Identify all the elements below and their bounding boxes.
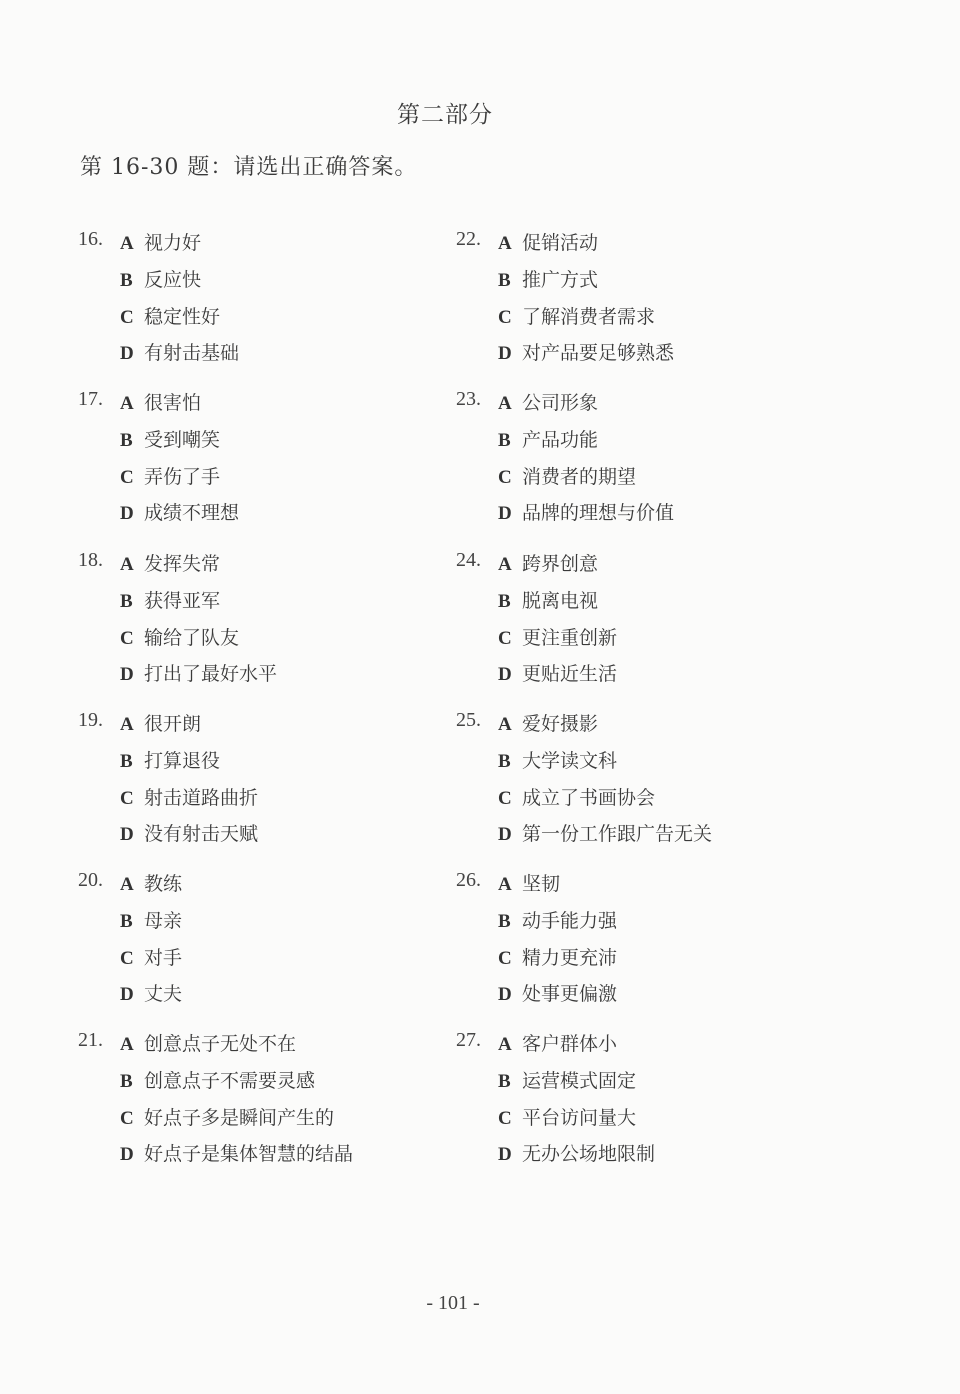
answer-option: B母亲 [120,906,182,936]
answer-option: A跨界创意 [498,549,598,579]
option-letter: C [120,948,144,970]
question-number: 24. [456,549,498,572]
option-letter: C [498,307,522,329]
answer-option: A发挥失常 [120,549,220,579]
answer-option: B脱离电视 [498,586,598,616]
option-text: 成绩不理想 [144,502,239,524]
answer-option: D无办公场地限制 [498,1139,655,1169]
answer-option: A很害怕 [120,388,201,418]
answer-option: A客户群体小 [498,1029,617,1059]
option-letter: D [120,1144,144,1166]
option-text: 客户群体小 [522,1033,617,1055]
option-letter: B [120,430,144,452]
option-text: 平台访问量大 [522,1107,636,1129]
answer-option: D好点子是集体智慧的结晶 [120,1139,353,1169]
option-text: 打出了最好水平 [144,663,277,685]
answer-option: C好点子多是瞬间产生的 [120,1103,334,1133]
option-letter: C [498,948,522,970]
question-number: 18. [78,549,120,572]
question-number: 17. [78,388,120,411]
question-item: 17.A很害怕B受到嘲笑C弄伤了手D成绩不理想 [78,388,498,548]
answer-option: B推广方式 [498,265,598,295]
option-text: 消费者的期望 [522,466,636,488]
answer-option: B运营模式固定 [498,1066,636,1096]
answer-option: C平台访问量大 [498,1103,636,1133]
option-letter: B [498,751,522,773]
answer-option: D没有射击天赋 [120,819,258,849]
option-letter: A [498,1034,522,1056]
option-letter: A [120,1034,144,1056]
answer-option: D处事更偏激 [498,979,617,1009]
question-number: 16. [78,228,120,251]
question-item: 23.A公司形象B产品功能C消费者的期望D品牌的理想与价值 [456,388,876,548]
option-letter: D [120,343,144,365]
option-text: 受到嘲笑 [144,429,220,451]
option-text: 射击道路曲折 [144,787,258,809]
option-letter: B [120,270,144,292]
answer-option: D成绩不理想 [120,498,239,528]
page-number: - 101 - [0,1292,906,1315]
option-letter: B [498,591,522,613]
option-text: 脱离电视 [522,590,598,612]
option-text: 爱好摄影 [522,713,598,735]
option-text: 有射击基础 [144,342,239,364]
option-text: 教练 [144,873,182,895]
option-text: 成立了书画协会 [522,787,655,809]
option-text: 了解消费者需求 [522,306,655,328]
answer-option: A视力好 [120,228,201,258]
answer-option: D丈夫 [120,979,182,1009]
option-text: 更注重创新 [522,627,617,649]
answer-option: A教练 [120,869,182,899]
option-text: 跨界创意 [522,553,598,575]
question-number: 25. [456,709,498,732]
question-number: 20. [78,869,120,892]
option-text: 母亲 [144,910,182,932]
option-text: 打算退役 [144,750,220,772]
option-text: 稳定性好 [144,306,220,328]
option-letter: B [120,591,144,613]
answer-option: D品牌的理想与价值 [498,498,674,528]
answer-option: B打算退役 [120,746,220,776]
question-item: 26.A坚韧B动手能力强C精力更充沛D处事更偏激 [456,869,876,1029]
answer-option: D第一份工作跟广告无关 [498,819,712,849]
option-letter: D [498,984,522,1006]
question-item: 18.A发挥失常B获得亚军C输给了队友D打出了最好水平 [78,549,498,709]
option-text: 公司形象 [522,392,598,414]
question-item: 21.A创意点子无处不在B创意点子不需要灵感C好点子多是瞬间产生的D好点子是集体… [78,1029,498,1189]
option-letter: A [498,233,522,255]
option-letter: A [498,554,522,576]
answer-option: B产品功能 [498,425,598,455]
question-number: 27. [456,1029,498,1052]
option-text: 精力更充沛 [522,947,617,969]
option-letter: A [120,714,144,736]
question-number: 23. [456,388,498,411]
question-number: 21. [78,1029,120,1052]
answer-option: B大学读文科 [498,746,617,776]
option-text: 产品功能 [522,429,598,451]
option-letter: C [120,1108,144,1130]
question-item: 19.A很开朗B打算退役C射击道路曲折D没有射击天赋 [78,709,498,869]
option-text: 对产品要足够熟悉 [522,342,674,364]
option-text: 丈夫 [144,983,182,1005]
option-text: 很开朗 [144,713,201,735]
option-letter: B [498,1071,522,1093]
question-item: 25.A爱好摄影B大学读文科C成立了书画协会D第一份工作跟广告无关 [456,709,876,869]
answer-option: C对手 [120,943,182,973]
option-text: 没有射击天赋 [144,823,258,845]
question-item: 24.A跨界创意B脱离电视C更注重创新D更贴近生活 [456,549,876,709]
answer-option: D更贴近生活 [498,659,617,689]
answer-option: C消费者的期望 [498,462,636,492]
answer-option: C精力更充沛 [498,943,617,973]
answer-option: B反应快 [120,265,201,295]
option-text: 推广方式 [522,269,598,291]
answer-option: D打出了最好水平 [120,659,277,689]
question-number: 19. [78,709,120,732]
option-letter: A [498,874,522,896]
option-text: 获得亚军 [144,590,220,612]
option-text: 无办公场地限制 [522,1143,655,1165]
option-text: 创意点子无处不在 [144,1033,296,1055]
option-text: 创意点子不需要灵感 [144,1070,315,1092]
answer-option: C稳定性好 [120,302,220,332]
answer-option: C了解消费者需求 [498,302,655,332]
answer-option: A坚韧 [498,869,560,899]
option-text: 更贴近生活 [522,663,617,685]
answer-option: A公司形象 [498,388,598,418]
question-item: 20.A教练B母亲C对手D丈夫 [78,869,498,1029]
option-text: 反应快 [144,269,201,291]
option-letter: A [120,554,144,576]
option-letter: D [120,984,144,1006]
question-number: 26. [456,869,498,892]
option-text: 视力好 [144,232,201,254]
option-letter: D [498,1144,522,1166]
option-letter: D [498,503,522,525]
option-letter: C [120,467,144,489]
option-text: 动手能力强 [522,910,617,932]
left-question-column: 16.A视力好B反应快C稳定性好D有射击基础17.A很害怕B受到嘲笑C弄伤了手D… [78,228,498,1190]
answer-option: C弄伤了手 [120,462,220,492]
option-letter: B [120,911,144,933]
option-letter: C [120,628,144,650]
option-letter: B [498,911,522,933]
answer-option: D有射击基础 [120,338,239,368]
option-text: 发挥失常 [144,553,220,575]
option-text: 好点子多是瞬间产生的 [144,1107,334,1129]
option-letter: B [120,1071,144,1093]
option-letter: B [120,751,144,773]
option-text: 坚韧 [522,873,560,895]
question-number: 22. [456,228,498,251]
question-item: 27.A客户群体小B运营模式固定C平台访问量大D无办公场地限制 [456,1029,876,1189]
option-letter: B [498,270,522,292]
answer-option: C射击道路曲折 [120,783,258,813]
option-letter: C [498,788,522,810]
right-question-column: 22.A促销活动B推广方式C了解消费者需求D对产品要足够熟悉23.A公司形象B产… [456,228,876,1190]
option-letter: A [498,714,522,736]
option-text: 输给了队友 [144,627,239,649]
option-letter: C [498,1108,522,1130]
option-text: 促销活动 [522,232,598,254]
option-text: 很害怕 [144,392,201,414]
option-text: 好点子是集体智慧的结晶 [144,1143,353,1165]
answer-option: A创意点子无处不在 [120,1029,296,1059]
option-letter: C [120,307,144,329]
option-letter: D [498,824,522,846]
answer-option: B创意点子不需要灵感 [120,1066,315,1096]
option-letter: A [120,393,144,415]
option-letter: A [120,233,144,255]
question-item: 22.A促销活动B推广方式C了解消费者需求D对产品要足够熟悉 [456,228,876,388]
answer-option: B获得亚军 [120,586,220,616]
option-letter: D [120,664,144,686]
answer-option: C输给了队友 [120,623,239,653]
option-letter: B [498,430,522,452]
option-letter: D [498,343,522,365]
option-text: 对手 [144,947,182,969]
option-letter: D [120,503,144,525]
section-title: 第二部分 [0,96,890,129]
answer-option: B受到嘲笑 [120,425,220,455]
option-text: 第一份工作跟广告无关 [522,823,712,845]
option-letter: A [120,874,144,896]
answer-option: A促销活动 [498,228,598,258]
question-item: 16.A视力好B反应快C稳定性好D有射击基础 [78,228,498,388]
answer-option: C成立了书画协会 [498,783,655,813]
option-letter: D [498,664,522,686]
answer-option: D对产品要足够熟悉 [498,338,674,368]
answer-option: B动手能力强 [498,906,617,936]
answer-option: C更注重创新 [498,623,617,653]
option-text: 品牌的理想与价值 [522,502,674,524]
option-letter: C [498,467,522,489]
option-letter: C [498,628,522,650]
instruction-text: 第 16-30 题：请选出正确答案。 [80,150,417,181]
option-letter: C [120,788,144,810]
option-text: 弄伤了手 [144,466,220,488]
option-letter: A [498,393,522,415]
option-text: 处事更偏激 [522,983,617,1005]
option-text: 大学读文科 [522,750,617,772]
answer-option: A爱好摄影 [498,709,598,739]
answer-option: A很开朗 [120,709,201,739]
option-letter: D [120,824,144,846]
option-text: 运营模式固定 [522,1070,636,1092]
